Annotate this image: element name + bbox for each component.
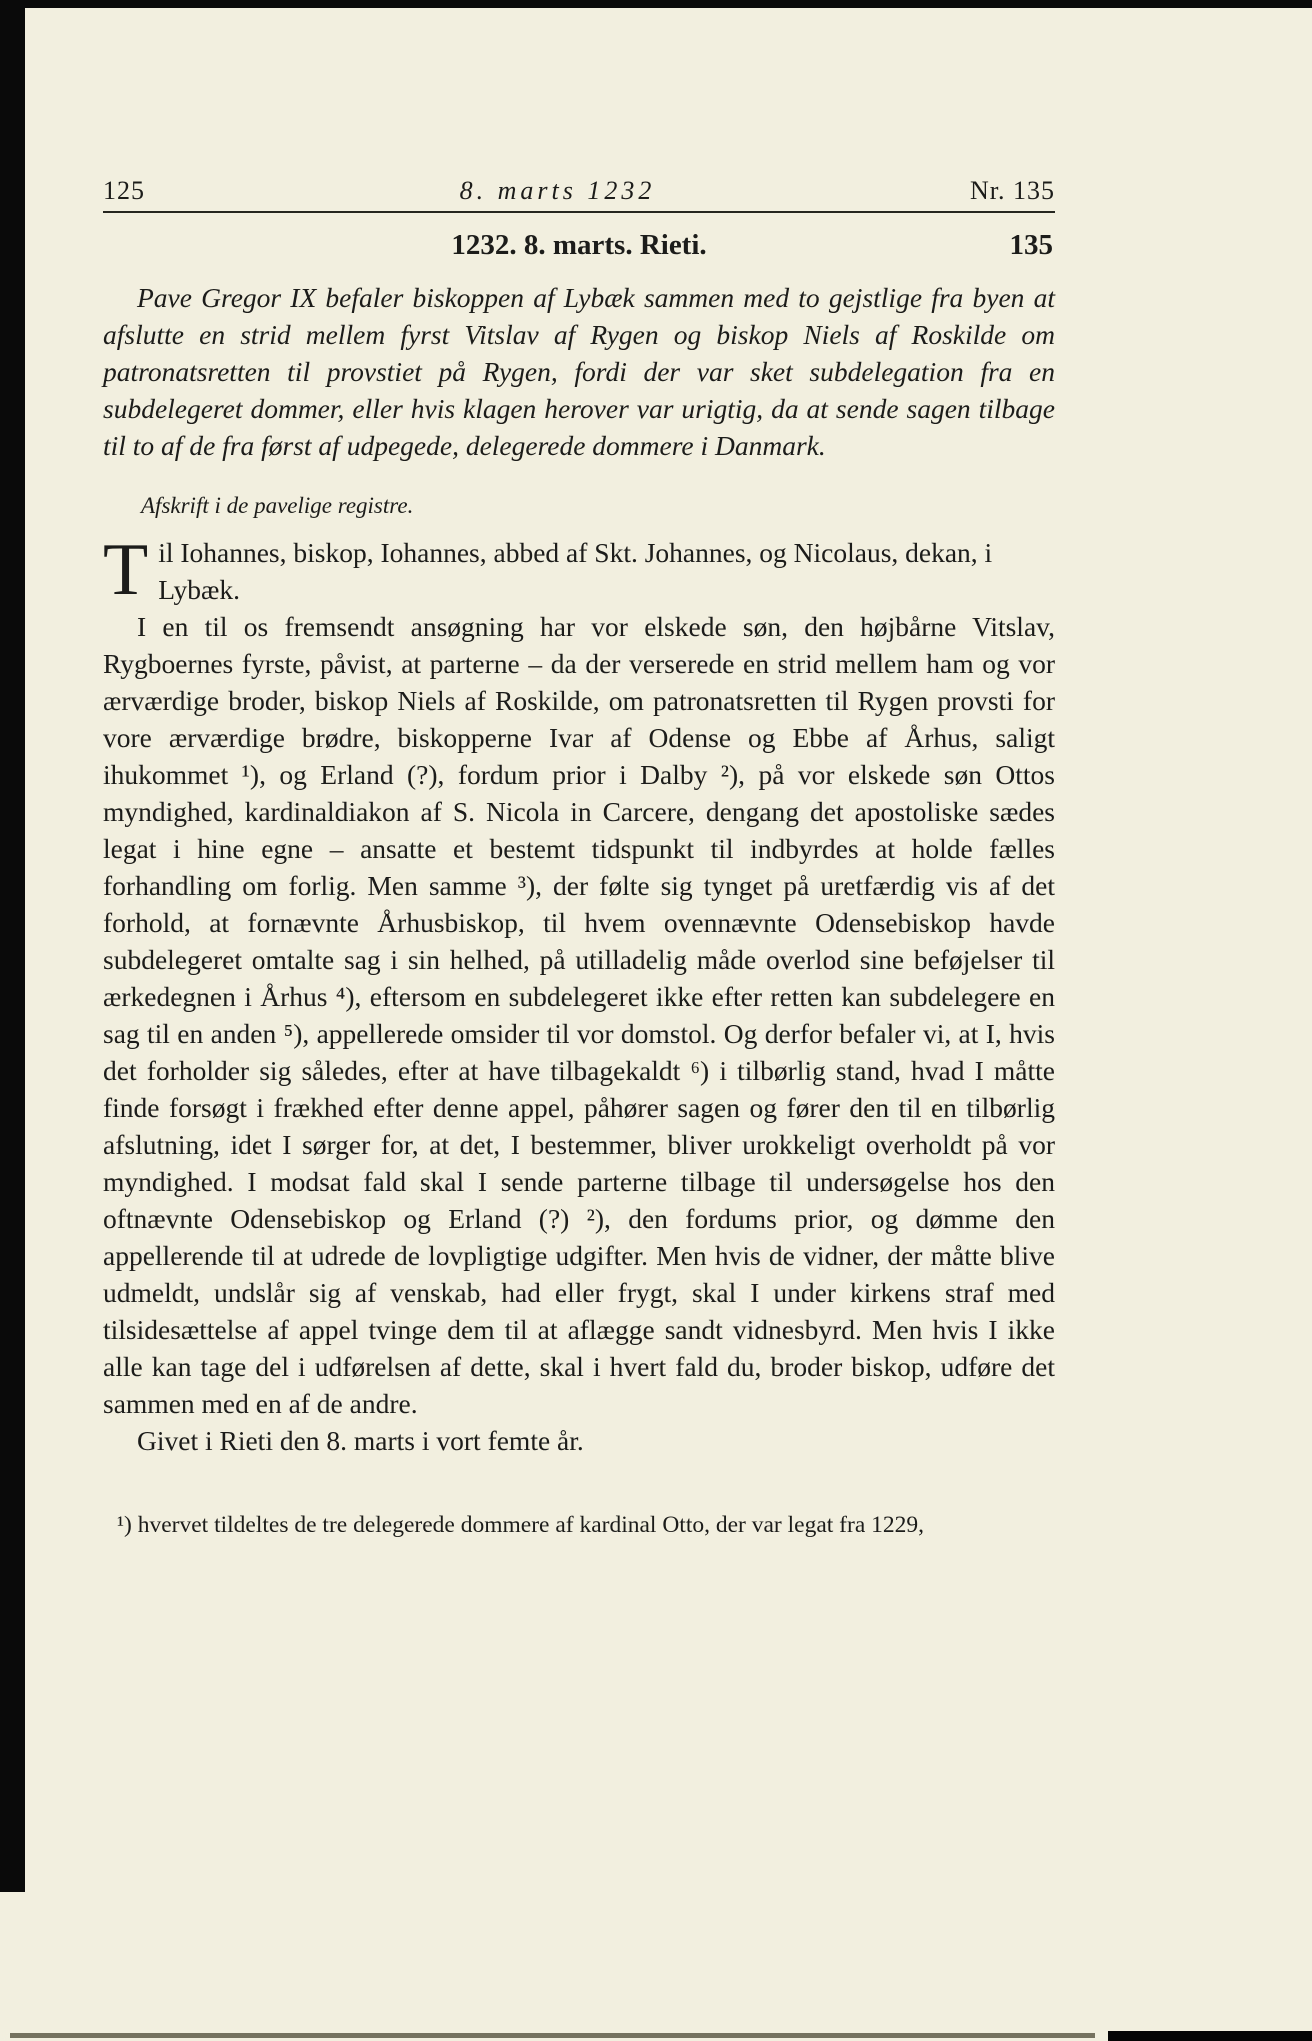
page-number: 125 <box>103 176 145 206</box>
footnote: ¹) hvervet tildeltes de tre delegerede d… <box>117 1511 1055 1540</box>
running-header: 125 8. marts 1232 Nr. 135 <box>103 176 1055 213</box>
scan-edge-left <box>0 0 25 1892</box>
document-title-row: 1232. 8. marts. Rieti. 135 <box>103 228 1055 262</box>
document-title: 1232. 8. marts. Rieti. <box>451 229 706 261</box>
document-number-header: Nr. 135 <box>970 176 1055 206</box>
dropcap-initial: T <box>103 534 158 600</box>
address-paragraph: Til Iohannes, biskop, Iohannes, abbed af… <box>103 534 1055 608</box>
scan-edge-bottom <box>10 2033 1095 2038</box>
scanned-book-page: { "header": { "page_number": "125", "run… <box>0 0 1312 2041</box>
page-content: 125 8. marts 1232 Nr. 135 1232. 8. marts… <box>103 0 1055 1540</box>
source-note: Afskrift i de pavelige registre. <box>141 492 1055 520</box>
main-paragraph: I en til os fremsendt ansøgning har vor … <box>103 608 1055 1422</box>
scan-edge-bottom-right <box>1108 2031 1312 2041</box>
document-summary: Pave Gregor IX befaler biskoppen af Lybæ… <box>103 279 1055 464</box>
address-text: il Iohannes, biskop, Iohannes, abbed af … <box>158 537 992 605</box>
running-title: 8. marts 1232 <box>460 176 656 206</box>
dating-clause: Givet i Rieti den 8. marts i vort femte … <box>103 1422 1055 1459</box>
document-body: Til Iohannes, biskop, Iohannes, abbed af… <box>103 534 1055 1459</box>
document-title-number: 135 <box>1010 228 1054 262</box>
